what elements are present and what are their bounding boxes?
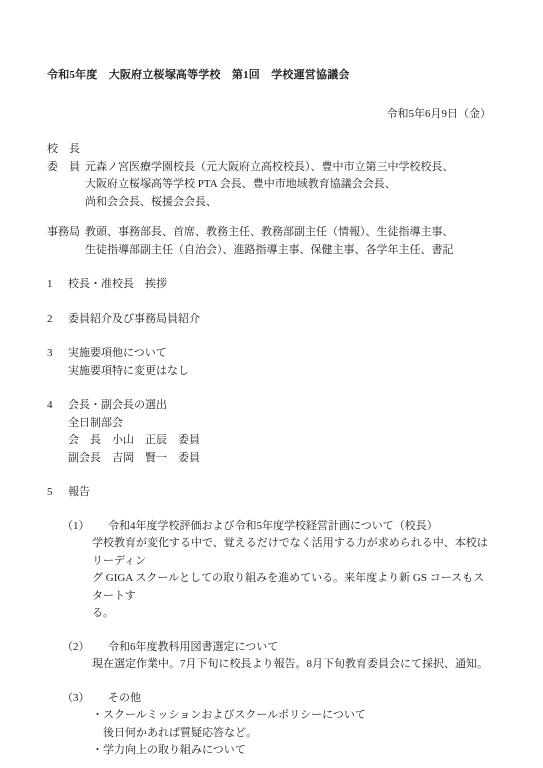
report-3: （3） その他 ・スクールミッションおよびスクールポリシーについて 後日何かあれ… <box>62 690 493 760</box>
document-date: 令和5年6月9日（金） <box>47 106 493 124</box>
report-heading: 令和4年度学校評価および令和5年度学校経営計画について（校長） <box>108 518 438 536</box>
agenda-item-content: 会長・副会長の選出 全日制部会 会 長 小山 正辰 委員 副会長 吉岡 賢一 委… <box>68 397 493 467</box>
report-bullet-line: ・スクールミッションおよびスクールポリシーについて <box>92 707 493 725</box>
report-heading: 令和6年度教科用図書選定について <box>108 639 278 657</box>
document-title: 令和5年度 大阪府立桜塚高等学校 第1回 学校運営協議会 <box>47 67 493 85</box>
report-heading-row: （3） その他 <box>62 690 493 708</box>
agenda-item-content: 実施要項他について 実施要項特に変更はなし <box>68 345 493 380</box>
agenda-item-3: 3 実施要項他について 実施要項特に変更はなし <box>47 345 493 380</box>
secretariat-lines: 教頭、事務部長、首席、教務主任、教務部副主任（情報）、生徒指導主事、 生徒指導部… <box>85 224 493 259</box>
agenda-item-line: 実施要項特に変更はなし <box>68 363 493 381</box>
members-lines: 元森ノ宮医療学園校長（元大阪府立高校校長）、豊中市立第三中学校校長、 大阪府立桜… <box>85 159 493 212</box>
report-heading-row: （2） 令和6年度教科用図書選定について <box>62 639 493 657</box>
agenda-item-title: 委員紹介及び事務局員紹介 <box>68 311 493 329</box>
agenda-item-number: 1 <box>47 276 68 294</box>
agenda-item-number: 5 <box>47 484 68 502</box>
members-label: 委 員 <box>47 159 85 177</box>
report-number: （3） <box>62 690 108 708</box>
agenda-item-title: 報告 <box>68 484 493 502</box>
members-line: 大阪府立桜塚高等学校 PTA 会長、豊中市地域教育協議会会長、 <box>85 176 493 194</box>
agenda-item-line: 会 長 小山 正辰 委員 <box>68 432 493 450</box>
report-bullet-line: ・学力向上の取り組みについて <box>92 742 493 760</box>
principal-label: 校 長 <box>47 141 85 159</box>
agenda-item-title: 校長・准校長 挨拶 <box>68 276 493 294</box>
report-2: （2） 令和6年度教科用図書選定について 現在選定作業中。7月下旬に校長より報告… <box>62 639 493 674</box>
report-number: （1） <box>62 518 108 536</box>
report-number: （2） <box>62 639 108 657</box>
report-body-line: 現在選定作業中。7月下旬に校長より報告。8月下旬教育委員会にて採択、通知。 <box>92 656 493 674</box>
secretariat-row: 事務局 教頭、事務部長、首席、教務主任、教務部副主任（情報）、生徒指導主事、 生… <box>47 224 493 259</box>
report-bullet-line: 後日何かあれば質疑応答など。 <box>92 725 493 743</box>
agenda-item-number: 3 <box>47 345 68 363</box>
agenda-item-2: 2 委員紹介及び事務局員紹介 <box>47 311 493 329</box>
agenda-item-title: 実施要項他について <box>68 345 493 363</box>
report-body: ・スクールミッションおよびスクールポリシーについて 後日何かあれば質疑応答など。… <box>92 707 493 760</box>
agenda-item-1: 1 校長・准校長 挨拶 <box>47 276 493 294</box>
members-row: 委 員 元森ノ宮医療学園校長（元大阪府立高校校長）、豊中市立第三中学校校長、 大… <box>47 159 493 212</box>
attendees-section: 校 長 委 員 元森ノ宮医療学園校長（元大阪府立高校校長）、豊中市立第三中学校校… <box>47 141 493 259</box>
report-1: （1） 令和4年度学校評価および令和5年度学校経営計画について（校長） 学校教育… <box>62 518 493 623</box>
principal-row: 校 長 <box>47 141 493 159</box>
agenda-item-line: 全日制部会 <box>68 415 493 433</box>
report-heading-row: （1） 令和4年度学校評価および令和5年度学校経営計画について（校長） <box>62 518 493 536</box>
reports-section: （1） 令和4年度学校評価および令和5年度学校経営計画について（校長） 学校教育… <box>62 518 493 760</box>
agenda-item-number: 2 <box>47 311 68 329</box>
document-page: 令和5年度 大阪府立桜塚高等学校 第1回 学校運営協議会 令和5年6月9日（金）… <box>0 0 543 768</box>
secretariat-label: 事務局 <box>47 224 85 242</box>
report-body-line: グ GIGA スクールとしての取り組みを進めている。来年度より新 GS コースも… <box>92 570 493 605</box>
report-heading: その他 <box>108 690 141 708</box>
agenda-item-5: 5 報告 <box>47 484 493 502</box>
members-line: 元森ノ宮医療学園校長（元大阪府立高校校長）、豊中市立第三中学校校長、 <box>85 159 493 177</box>
agenda-item-number: 4 <box>47 397 68 415</box>
report-body: 現在選定作業中。7月下旬に校長より報告。8月下旬教育委員会にて採択、通知。 <box>92 656 493 674</box>
secretariat-line: 教頭、事務部長、首席、教務主任、教務部副主任（情報）、生徒指導主事、 <box>85 224 493 242</box>
agenda-section: 1 校長・准校長 挨拶 2 委員紹介及び事務局員紹介 3 実施要項他について 実… <box>47 276 493 760</box>
agenda-item-4: 4 会長・副会長の選出 全日制部会 会 長 小山 正辰 委員 副会長 吉岡 賢一… <box>47 397 493 467</box>
report-body-line: 学校教育が変化する中で、覚えるだけでなく活用する力が求められる中、本校はリーディ… <box>92 535 493 570</box>
report-body: 学校教育が変化する中で、覚えるだけでなく活用する力が求められる中、本校はリーディ… <box>92 535 493 623</box>
members-line: 尚和会会長、桜援会会長、 <box>85 194 493 212</box>
agenda-item-title: 会長・副会長の選出 <box>68 397 493 415</box>
agenda-item-line: 副会長 吉岡 賢一 委員 <box>68 450 493 468</box>
secretariat-line: 生徒指導部副主任（自治会）、進路指導主事、保健主事、各学年主任、書記 <box>85 242 493 260</box>
report-body-line: る。 <box>92 605 493 623</box>
